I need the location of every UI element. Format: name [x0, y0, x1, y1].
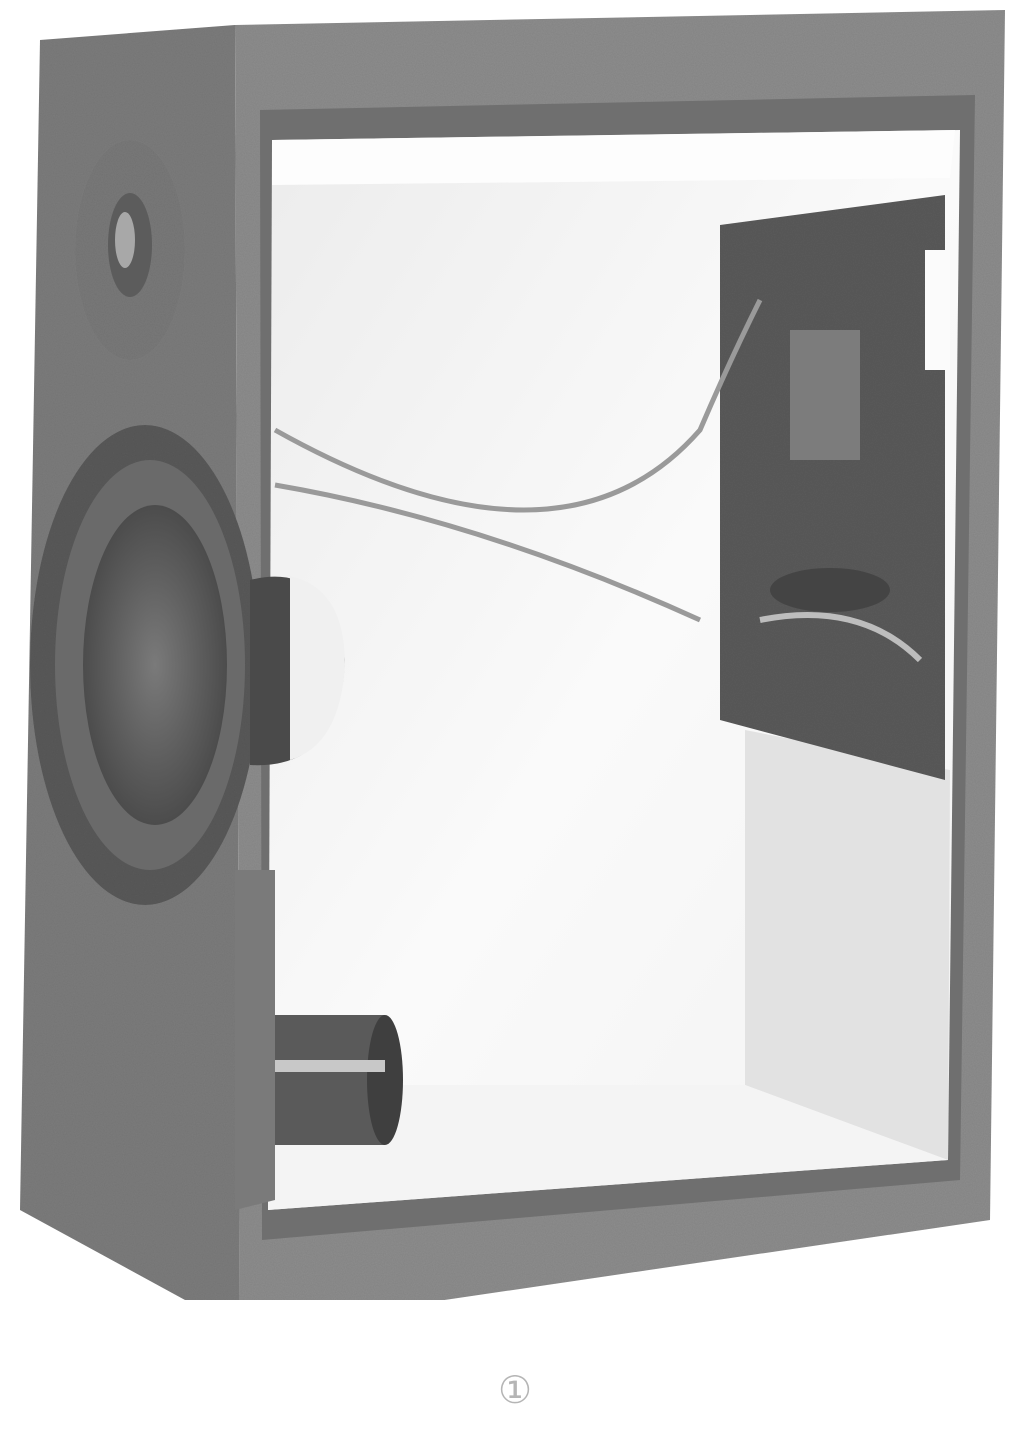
crossover-board-icon — [720, 195, 950, 780]
speaker-cabinet-photo — [0, 0, 1030, 1300]
port-tube-icon — [265, 1015, 403, 1145]
tweeter-icon — [75, 140, 185, 360]
figure-caption: ① — [0, 1368, 1030, 1412]
cabinet-baffle-block — [235, 870, 275, 1210]
